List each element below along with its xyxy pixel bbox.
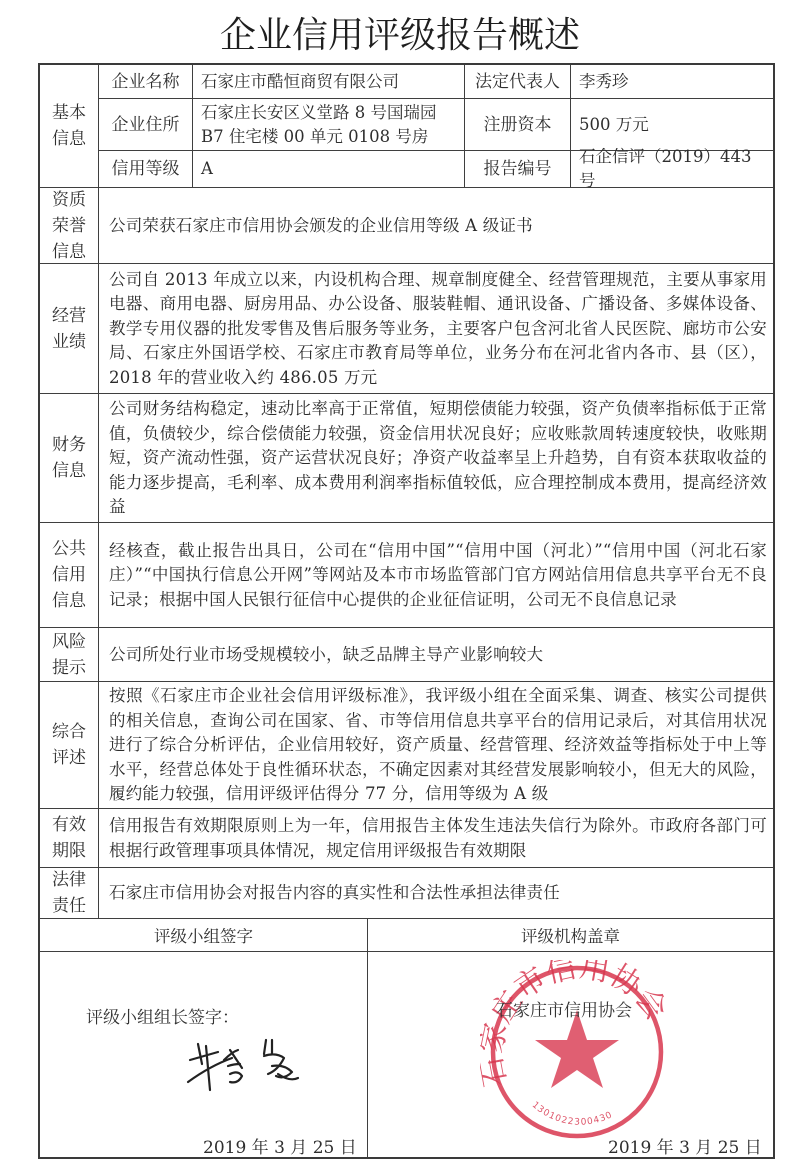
rating-team-date: 2019 年 3 月 25 日	[203, 1133, 357, 1158]
svg-text:1301022300430: 1301022300430	[530, 1100, 615, 1128]
address-label: 企业住所	[99, 99, 193, 151]
reg-capital-label: 注册资本	[465, 99, 571, 151]
section-label-honors: 资质荣誉信息	[40, 188, 99, 264]
section-text-performance: 公司自 2013 年成立以来，内设机构合理、规章制度健全、经营管理规范，主要从事…	[99, 264, 773, 394]
legal-rep-label: 法定代表人	[465, 65, 571, 99]
section-label-validity: 有效期限	[40, 809, 99, 868]
section-label-basic-info: 基本信息	[40, 65, 99, 188]
section-label-legal: 法律责任	[40, 868, 99, 919]
rating-agency-seal-header: 评级机构盖章	[368, 919, 773, 952]
page-title: 企业信用评级报告概述	[0, 12, 800, 60]
section-text-public-credit: 经核查，截止报告出具日，公司在“信用中国”“信用中国（河北）”“信用中国（河北石…	[99, 523, 773, 628]
handwritten-signature	[180, 1030, 330, 1100]
star-icon	[535, 1010, 619, 1088]
credit-grade-label: 信用等级	[99, 151, 193, 188]
section-text-risk: 公司所处行业市场受规模较小，缺乏品牌主导产业影响较大	[99, 628, 773, 682]
company-name-label: 企业名称	[99, 65, 193, 99]
rating-team-signature-header: 评级小组签字	[40, 919, 368, 952]
legal-rep-value: 李秀珍	[571, 65, 773, 99]
section-label-financial: 财务信息	[40, 394, 99, 523]
section-text-honors: 公司荣获石家庄市信用协会颁发的企业信用等级 A 级证书	[99, 188, 773, 264]
section-text-summary: 按照《石家庄市企业社会信用评级标准》，我评级小组在全面采集、调查、核实公司提供的…	[99, 682, 773, 809]
section-label-summary: 综合评述	[40, 682, 99, 809]
report-no-value: 石企信评（2019）443 号	[571, 151, 773, 188]
rating-agency-date: 2019 年 3 月 25 日	[608, 1133, 762, 1158]
company-name-value: 石家庄市酷恒商贸有限公司	[193, 65, 465, 99]
credit-grade-value: A	[193, 151, 465, 188]
section-text-legal: 石家庄市信用协会对报告内容的真实性和合法性承担法律责任	[99, 868, 773, 919]
section-label-risk: 风险提示	[40, 628, 99, 682]
section-label-performance: 经营业绩	[40, 264, 99, 394]
section-text-financial: 公司财务结构稳定，速动比率高于正常值，短期偿债能力较强，资产负债率指标低于正常值…	[99, 394, 773, 523]
rating-agency-name: 石家庄市信用协会	[496, 996, 632, 1021]
section-text-validity: 信用报告有效期限原则上为一年，信用报告主体发生违法失信行为除外。市政府各部门可根…	[99, 809, 773, 868]
reg-capital-value: 500 万元	[571, 99, 773, 151]
report-no-label: 报告编号	[465, 151, 571, 188]
official-seal-stamp: 石家庄市信用协会 1301022300430	[480, 960, 680, 1150]
leader-signature-label: 评级小组组长签字：	[86, 1003, 239, 1028]
section-label-public-credit: 公共信用信息	[40, 523, 99, 628]
address-value: 石家庄长安区义堂路 8 号国瑞园 B7 住宅楼 00 单元 0108 号房	[193, 99, 465, 151]
stamp-number: 1301022300430	[530, 1100, 615, 1128]
